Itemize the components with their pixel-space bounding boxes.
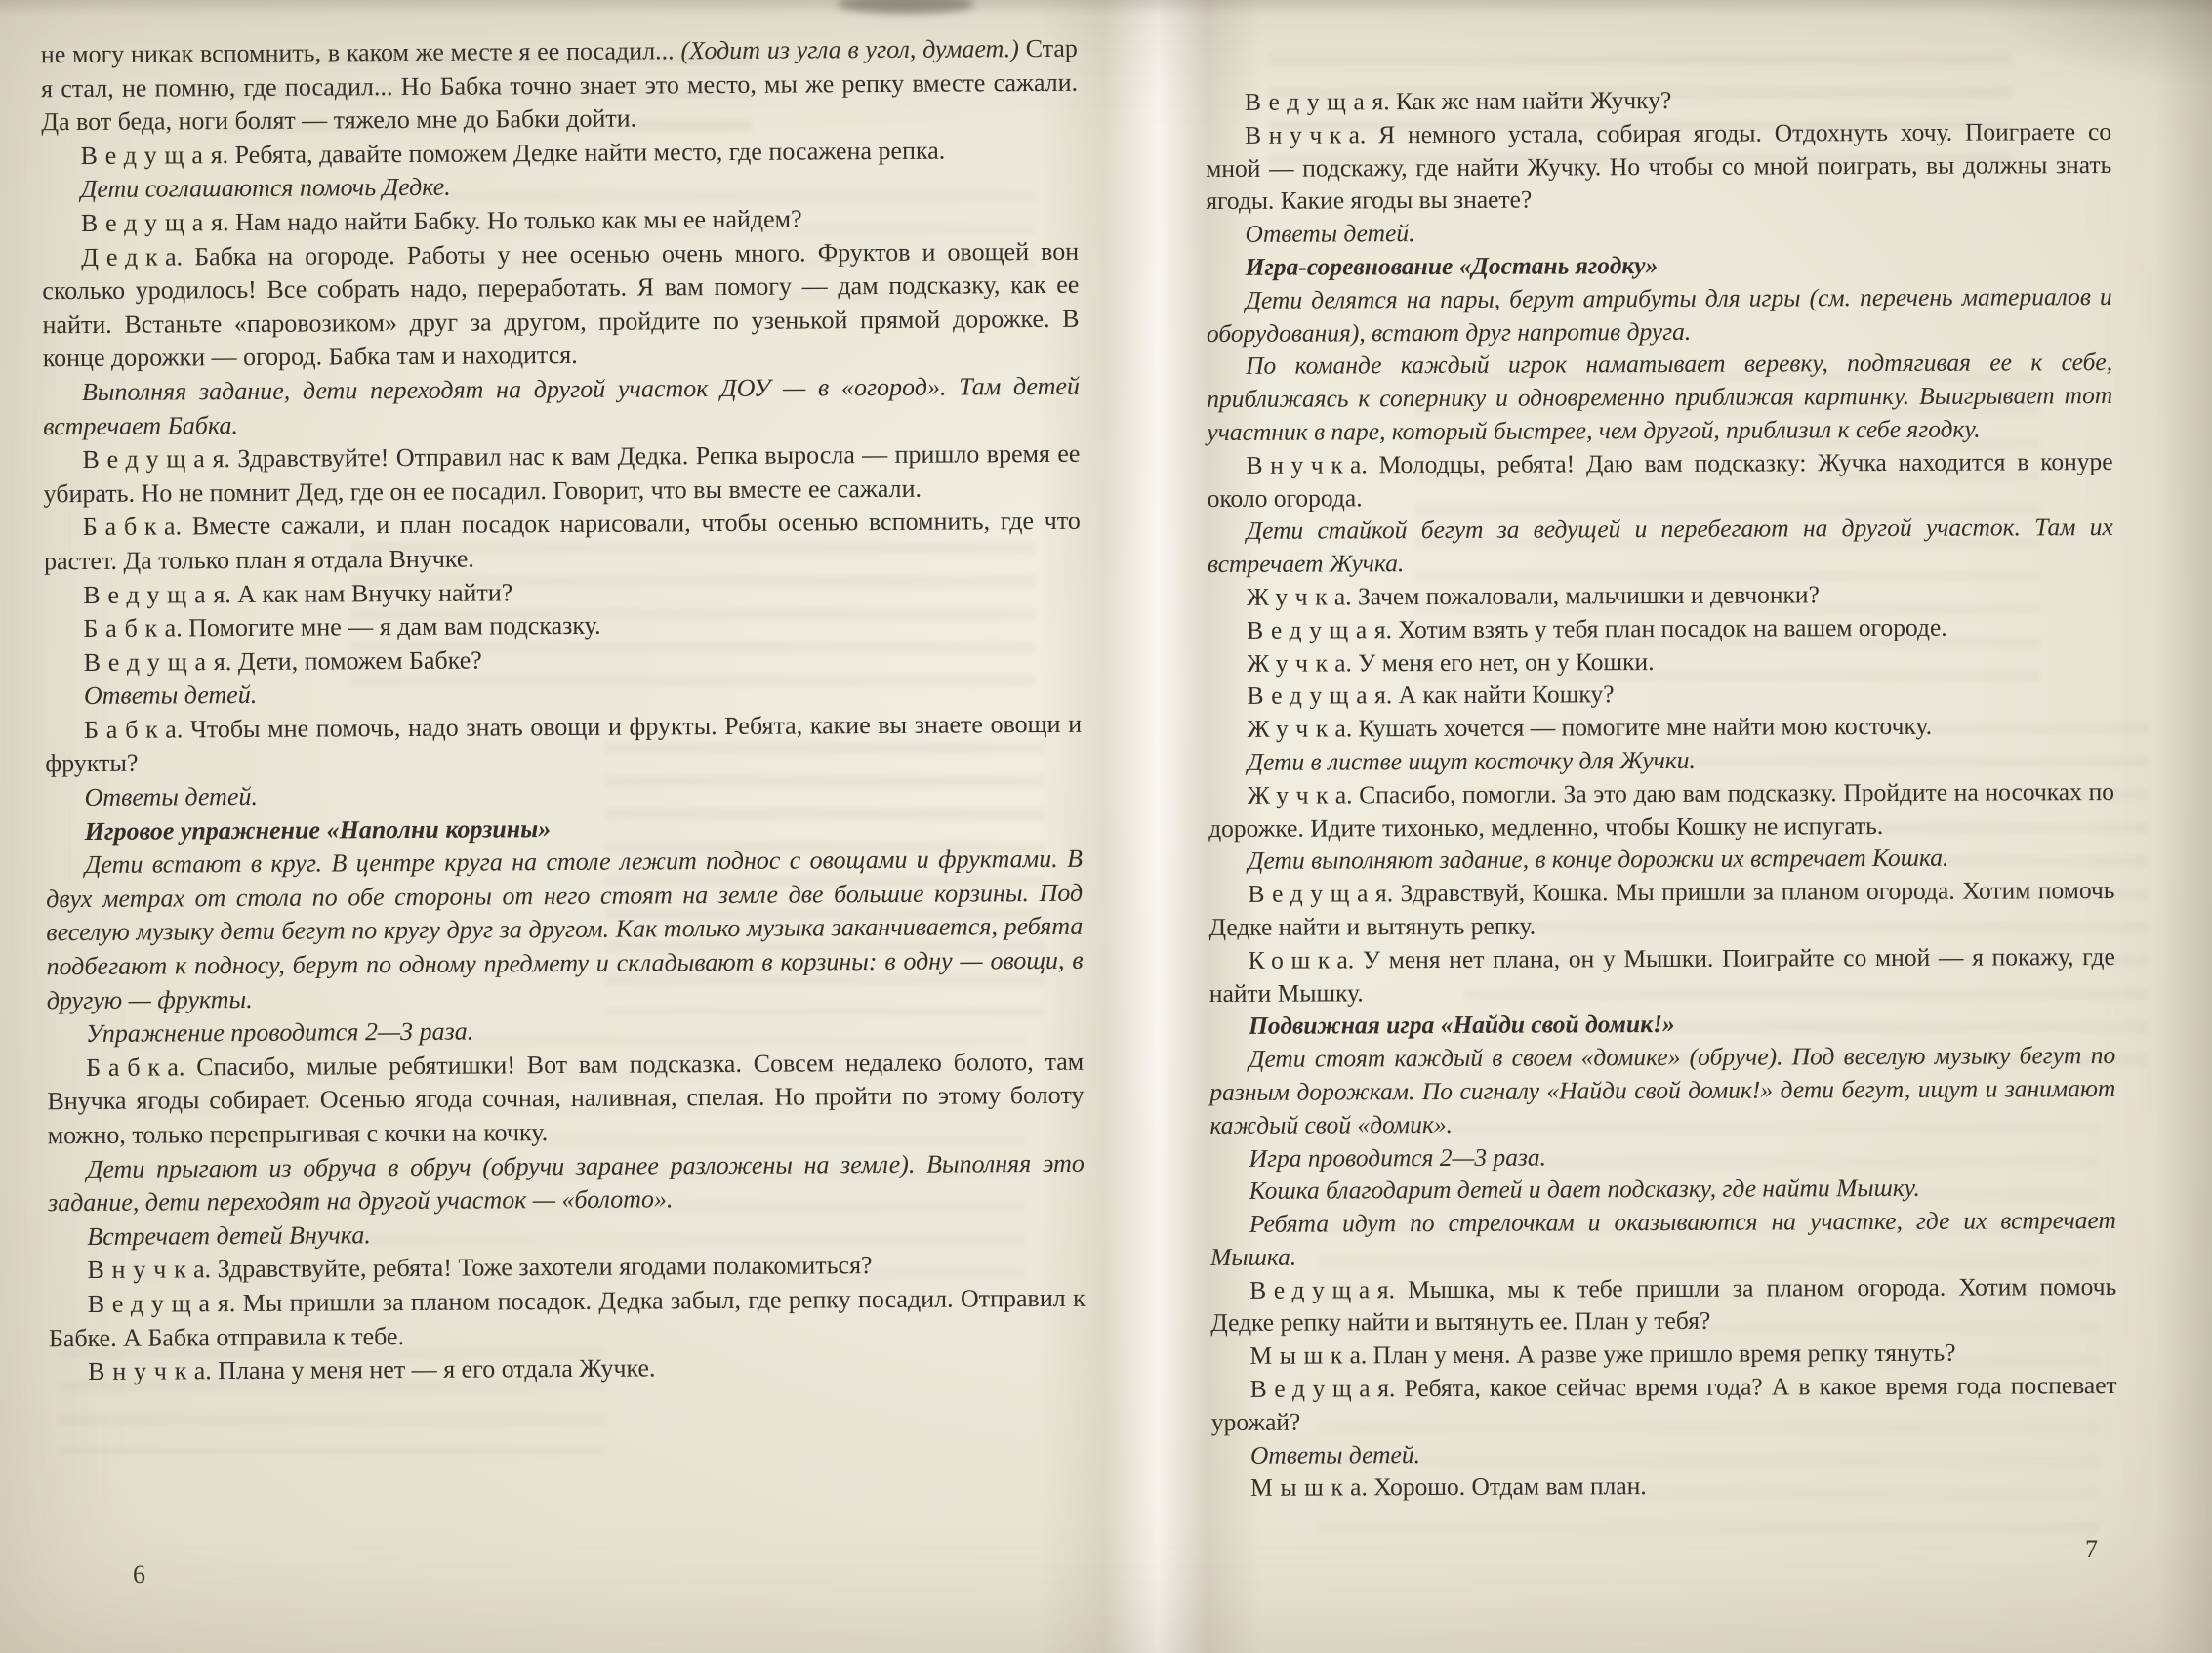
paragraph-text: Дети, поможем Бабке? (238, 645, 482, 676)
speaker-name: Ведущая (81, 208, 230, 237)
paragraph-heading: Игра-соревнование «Достань ягодку» (1207, 247, 2112, 284)
speaker-name: Ведущая (88, 1289, 237, 1318)
speaker-name: Ведущая (1245, 87, 1391, 116)
paragraph-text: А как найти Кошку? (1399, 681, 1615, 710)
speaker-name: Ведущая (83, 580, 232, 609)
paragraph-dialogue: Мышка. План у меня. А разве уже пришло в… (1210, 1336, 2116, 1373)
paragraph-stage: Ребята идут по стрелочкам и оказываются … (1210, 1204, 2116, 1274)
speaker-name: Ведущая (1248, 879, 1394, 908)
paragraph-heading: Подвижная игра «Найди свой домик!» (1209, 1006, 2115, 1043)
paragraph-text: Кушать хочется — помогите мне найти мою … (1359, 712, 1933, 743)
paragraph-text: Нам надо найти Бабку. Но только как мы е… (235, 204, 802, 236)
speaker-name: Жучка (1247, 648, 1353, 677)
paragraph-text: Помогите мне — я дам вам подсказку. (188, 611, 601, 642)
paragraph-dialogue: Дедка. Бабка на огороде. Работы у нее ос… (42, 234, 1080, 376)
speaker-name: Ведущая (1250, 1374, 1397, 1403)
speaker-name: Внучка (1245, 120, 1368, 149)
speaker-name: Ведущая (1247, 682, 1393, 711)
speaker-name: Бабка (83, 613, 184, 642)
paragraph-stage: Дети в листве ищут косточку для Жучки. (1208, 742, 2114, 779)
paragraph-stage: Ответы детей. (1206, 214, 2111, 251)
speaker-name: Внучка (87, 1256, 212, 1285)
paragraph-text: Подвижная игра «Найди свой домик!» (1249, 1010, 1675, 1040)
paragraph-dialogue: Жучка. У меня его нет, он у Кошки. (1208, 643, 2113, 681)
paragraph-stage: Дети выполняют задание, в конце дорожки … (1208, 841, 2114, 878)
paragraph-text: Ответы детей. (84, 681, 258, 710)
paragraph-text: Ответы детей. (1245, 219, 1414, 248)
paragraph-text: Плана у меня нет — я его отдала Жучке. (218, 1354, 655, 1385)
paragraph-text: Выполняя задание, дети переходят на друг… (43, 372, 1080, 440)
paragraph-text: Хотим взять у тебя план посадок на вашем… (1398, 612, 1946, 642)
paragraph-dialogue: Ведущая. Как же нам найти Жучку? (1206, 82, 2111, 119)
paragraph-text: Игра проводится 2—3 раза. (1249, 1142, 1546, 1172)
paragraph-text: Как же нам найти Жучку? (1396, 86, 1671, 115)
paragraph-dialogue: Ведущая. Ребята, давайте поможем Дедке н… (41, 134, 1078, 174)
paragraph-dialogue: Внучка. Плана у меня нет — я его отдала … (49, 1349, 1086, 1389)
paragraph-dialogue: Внучка. Молодцы, ребята! Даю вам подсказ… (1207, 445, 2112, 516)
paragraph-dialogue: Ведущая. А как найти Кошку? (1208, 676, 2113, 713)
paragraph-text: Дети соглашаются помочь Дедке. (81, 173, 451, 203)
paragraph-dialogue: Бабка. Спасибо, милые ребятишки! Вот вам… (47, 1046, 1085, 1153)
paragraph-stage: Дети стоят каждый в своем «домике» (обру… (1209, 1039, 2115, 1141)
paragraph-text: Вместе сажали, и план посадок нарисовали… (44, 507, 1081, 575)
inline-stage-direction: (Ходит из угла в угол, думает.) (680, 34, 1019, 64)
paragraph-text: Ребята, давайте поможем Дедке найти мест… (235, 136, 946, 168)
paragraph-dialogue: Ведущая. Мышка, мы к тебе пришли за план… (1210, 1270, 2116, 1341)
speaker-name: Жучка (1248, 780, 1354, 808)
speaker-name: Дедка (81, 242, 184, 271)
paragraph-text: Ответы детей. (84, 782, 258, 811)
paragraph-text: Встречает детей Внучка. (87, 1220, 371, 1251)
paragraph-stage: Дети делятся на пары, берут атрибуты для… (1207, 280, 2112, 351)
speaker-name: Ведущая (1249, 1275, 1396, 1304)
paragraph-dialogue: Бабка. Вместе сажали, и план посадок нар… (44, 505, 1081, 579)
paragraph-dialogue: Мышка. Хорошо. Отдам вам план. (1211, 1467, 2117, 1505)
paragraph-text: Ребята идут по стрелочкам и оказываются … (1210, 1206, 2116, 1271)
paragraph-text: У меня его нет, он у Кошки. (1358, 647, 1654, 677)
paragraph-text: Спасибо, милые ребятишки! Вот вам подска… (47, 1048, 1084, 1150)
paragraph-stage: По команде каждый игрок наматывает верев… (1207, 346, 2112, 448)
paragraph-text: Кошка благодарит детей и дает подсказку,… (1249, 1174, 1920, 1205)
paragraph-stage: Игра проводится 2—3 раза. (1210, 1137, 2116, 1175)
paragraph-text: Упражнение проводится 2—3 раза. (86, 1017, 473, 1048)
speaker-name: Бабка (83, 513, 184, 542)
top-page-notch (838, 0, 974, 14)
paragraph-stage: Выполняя задание, дети переходят на друг… (43, 370, 1080, 444)
paragraph-text: Дети стайкой бегут за ведущей и перебега… (1208, 513, 2113, 578)
speaker-name: Кошка (1249, 945, 1356, 973)
speaker-name: Мышка (1249, 1342, 1368, 1371)
paragraph-dialogue: Ведущая. Ребята, какое сейчас время года… (1211, 1369, 2117, 1439)
speaker-name: Бабка (86, 1053, 186, 1082)
paragraph-text: По команде каждый игрок наматывает верев… (1207, 348, 2112, 446)
paragraph-text: Дети стоят каждый в своем «домике» (обру… (1209, 1041, 2115, 1139)
book-spread: не могу никак вспомнить, в каком же мест… (0, 0, 2212, 1653)
paragraph-text: Зачем пожаловали, мальчишки и девчонки? (1358, 580, 1820, 610)
left-page-number: 6 (133, 1560, 145, 1590)
paragraph-text: А как нам Внучку найти? (237, 578, 512, 608)
speaker-name: Мышка (1250, 1473, 1369, 1503)
paragraph-dialogue: Бабка. Чтобы мне помочь, надо знать овощ… (45, 708, 1082, 782)
paragraph-dialogue: Жучка. Кушать хочется — помогите мне най… (1208, 709, 2114, 746)
speaker-name: Ведущая (82, 444, 231, 474)
paragraph-text: Бабка на огороде. Работы у нее осенью оч… (42, 236, 1079, 372)
paragraph-text: План у меня. А разве уже пришло время ре… (1373, 1339, 1956, 1370)
paragraph-text: Дети прыгают из обруча в обруч (обручи з… (48, 1148, 1085, 1217)
paragraph-text: Дети встают в круг. В центре круга на ст… (46, 845, 1084, 1014)
paragraph-text: Дети в листве ищут косточку для Жучки. (1248, 746, 1696, 776)
paragraph-text: Дети делятся на пары, берут атрибуты для… (1207, 282, 2112, 348)
paragraph-text: Чтобы мне помочь, надо знать овощи и фру… (45, 710, 1082, 778)
left-page-text: не могу никак вспомнить, в каком же мест… (41, 32, 1086, 1389)
paragraph-stage: Дети стайкой бегут за ведущей и перебега… (1208, 511, 2113, 581)
speaker-name: Жучка (1248, 715, 1354, 743)
page-stack-edge (2157, 0, 2212, 1653)
paragraph-text: Дети выполняют задание, в конце дорожки … (1248, 844, 1948, 875)
paragraph-stage: Ответы детей. (1211, 1435, 2117, 1472)
right-page-number: 7 (2085, 1535, 2098, 1564)
paragraph-dialogue: Жучка. Спасибо, помогли. За это даю вам … (1208, 775, 2114, 846)
paragraph-dialogue: Ведущая. Здравствуй, Кошка. Мы пришли за… (1208, 874, 2114, 944)
page-top-edge (0, 0, 2212, 16)
paragraph-text: Игра-соревнование «Достань ягодку» (1246, 251, 1659, 281)
paragraph-text: Игровое упражнение «Наполни корзины» (85, 814, 552, 846)
paragraph-dialogue: Внучка. Я немного устала, собирая ягоды.… (1206, 115, 2111, 218)
paragraph-dialogue: Ведущая. Хотим взять у тебя план посадок… (1208, 610, 2113, 647)
speaker-name: Внучка (88, 1356, 213, 1385)
paragraph-text: не могу никак вспомнить, в каком же мест… (41, 36, 681, 68)
speaker-name: Ведущая (1247, 615, 1393, 644)
paragraph-stage: Дети прыгают из обруча в обруч (обручи з… (48, 1146, 1085, 1220)
top-corner-shadow (1978, 0, 2212, 88)
paragraph-continuation: не могу никак вспомнить, в каком же мест… (41, 32, 1079, 140)
paragraph-dialogue: Ведущая. Здравствуйте! Отправил нас к ва… (43, 437, 1080, 512)
paragraph-dialogue: Жучка. Зачем пожаловали, мальчишки и дев… (1208, 577, 2113, 614)
paragraph-dialogue: Ведущая. Мы пришли за планом посадок. Де… (49, 1282, 1086, 1356)
speaker-name: Ведущая (84, 647, 233, 677)
paragraph-text: Хорошо. Отдам вам план. (1373, 1472, 1647, 1502)
speaker-name: Ведущая (80, 141, 229, 170)
paragraph-text: Здравствуйте, ребята! Тоже захотели ягод… (218, 1251, 873, 1283)
paragraph-text: Ответы детей. (1250, 1440, 1420, 1469)
paragraph-stage: Кошка благодарит детей и дает подсказку,… (1210, 1171, 2116, 1208)
speaker-name: Жучка (1247, 582, 1353, 610)
right-page-text: Ведущая. Как же нам найти Жучку?Внучка. … (1206, 82, 2117, 1505)
speaker-name: Внучка (1246, 450, 1369, 479)
paragraph-dialogue: Кошка. У меня нет плана, он у Мышки. Пои… (1209, 940, 2115, 1011)
paragraph-stage: Дети встают в круг. В центре круга на ст… (46, 843, 1084, 1017)
speaker-name: Бабка (84, 715, 184, 744)
